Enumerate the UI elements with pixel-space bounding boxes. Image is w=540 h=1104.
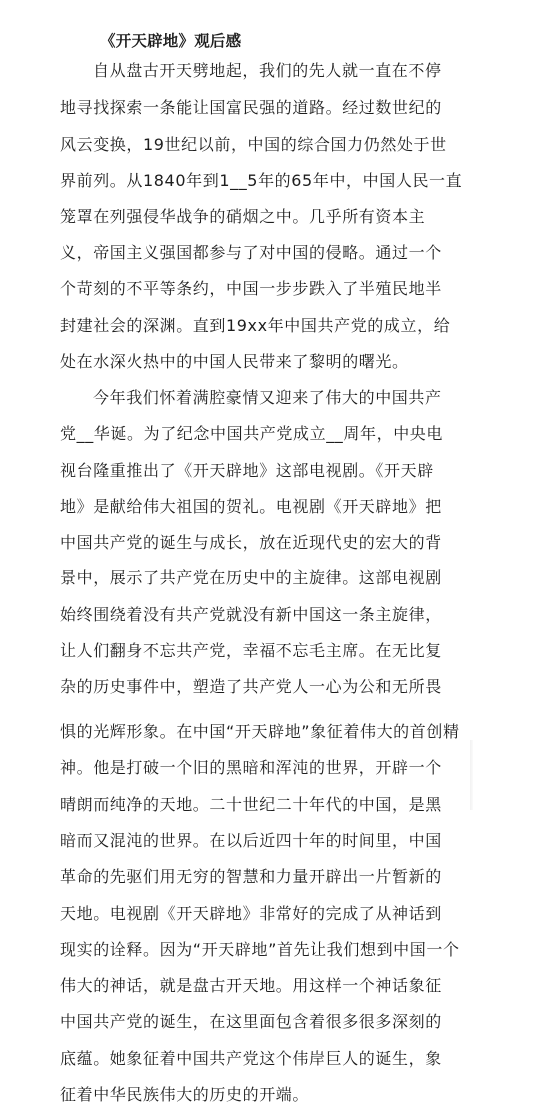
paragraph-line: 革命的先驱们用无穷的智慧和力量开辟出一片暂新的	[60, 867, 442, 887]
paragraph-line: 今年我们怀着满腔豪情又迎来了伟大的中国共产	[93, 388, 442, 408]
paragraph-line: 征着中华民族伟大的历史的开端。	[60, 1085, 309, 1104]
paragraph-line: 天地。电视剧《开天辟地》非常好的完成了从神话到	[60, 904, 442, 924]
paragraph-line: 处在水深火热中的中国人民带来了黎明的曙光。	[60, 352, 409, 372]
document-page-2: 惧的光辉形象。在中国“开天辟地”象征着伟大的首创精 神。他是打破一个旧的黑暗和浑…	[0, 690, 540, 1104]
paragraph-line: 地》是献给伟大祖国的贺礼。电视剧《开天辟地》把	[60, 497, 442, 517]
paragraph-line: 景中，展示了共产党在历史中的主旋律。这部电视剧	[60, 568, 442, 588]
paragraph-line: 自从盘古开天劈地起，我们的先人就一直在不停	[93, 61, 442, 81]
paragraph-line: 神。他是打破一个旧的黑暗和浑沌的世界，开辟一个	[60, 758, 442, 778]
paragraph-line: 笼罩在列强侵华战争的硝烟之中。几乎所有资本主	[60, 207, 425, 227]
paragraph-line: 中国共产党的诞生与成长，放在近现代史的宏大的背	[60, 533, 442, 553]
paragraph-line: 界前列。从1840年到1__5年的65年中，中国人民一直	[60, 171, 462, 191]
paragraph-line: 底蕴。她象征着中国共产党这个伟岸巨人的诞生，象	[60, 1049, 442, 1069]
paragraph-line: 伟大的神话，就是盘古开天地。用这样一个神话象征	[60, 976, 442, 996]
paragraph-line: 让人们翻身不忘共产党，幸福不忘毛主席。在无比复	[60, 641, 442, 661]
paragraph-line: 视台隆重推出了《开天辟地》这部电视剧。《开天辟	[60, 461, 434, 481]
paragraph-line: 始终围绕着没有共产党就没有新中国这一条主旋律，	[60, 605, 442, 625]
paragraph-line: 现实的诠释。因为“开天辟地”首先让我们想到中国一个	[60, 940, 460, 960]
paragraph-line: 中国共产党的诞生，在这里面包含着很多很多深刻的	[60, 1012, 442, 1032]
paragraph-line: 义，帝国主义强国都参与了对中国的侵略。通过一个	[60, 243, 442, 263]
paragraph-line: 晴朗而纯净的天地。二十世纪二十年代的中国，是黑	[60, 795, 442, 815]
paragraph-line: 风云变换，19世纪以前，中国的综合国力仍然处于世	[60, 135, 447, 155]
document-title: 《开天辟地》观后感	[100, 29, 241, 51]
page-edge-shadow	[470, 740, 473, 810]
paragraph-line: 暗而又混沌的世界。在以后近四十年的时间里，中国	[60, 831, 442, 851]
document-page-1: 《开天辟地》观后感 自从盘古开天劈地起，我们的先人就一直在不停 地寻找探索一条能…	[0, 0, 540, 690]
paragraph-line: 惧的光辉形象。在中国“开天辟地”象征着伟大的首创精	[60, 722, 460, 742]
paragraph-line: 党__华诞。为了纪念中国共产党成立__周年，中央电	[60, 424, 443, 444]
paragraph-line: 个苛刻的不平等条约，中国一步步跌入了半殖民地半	[60, 279, 442, 299]
paragraph-line: 地寻找探索一条能让国富民强的道路。经过数世纪的	[60, 98, 442, 118]
paragraph-line: 封建社会的深渊。直到19xx年中国共产党的成立，给	[60, 316, 450, 336]
